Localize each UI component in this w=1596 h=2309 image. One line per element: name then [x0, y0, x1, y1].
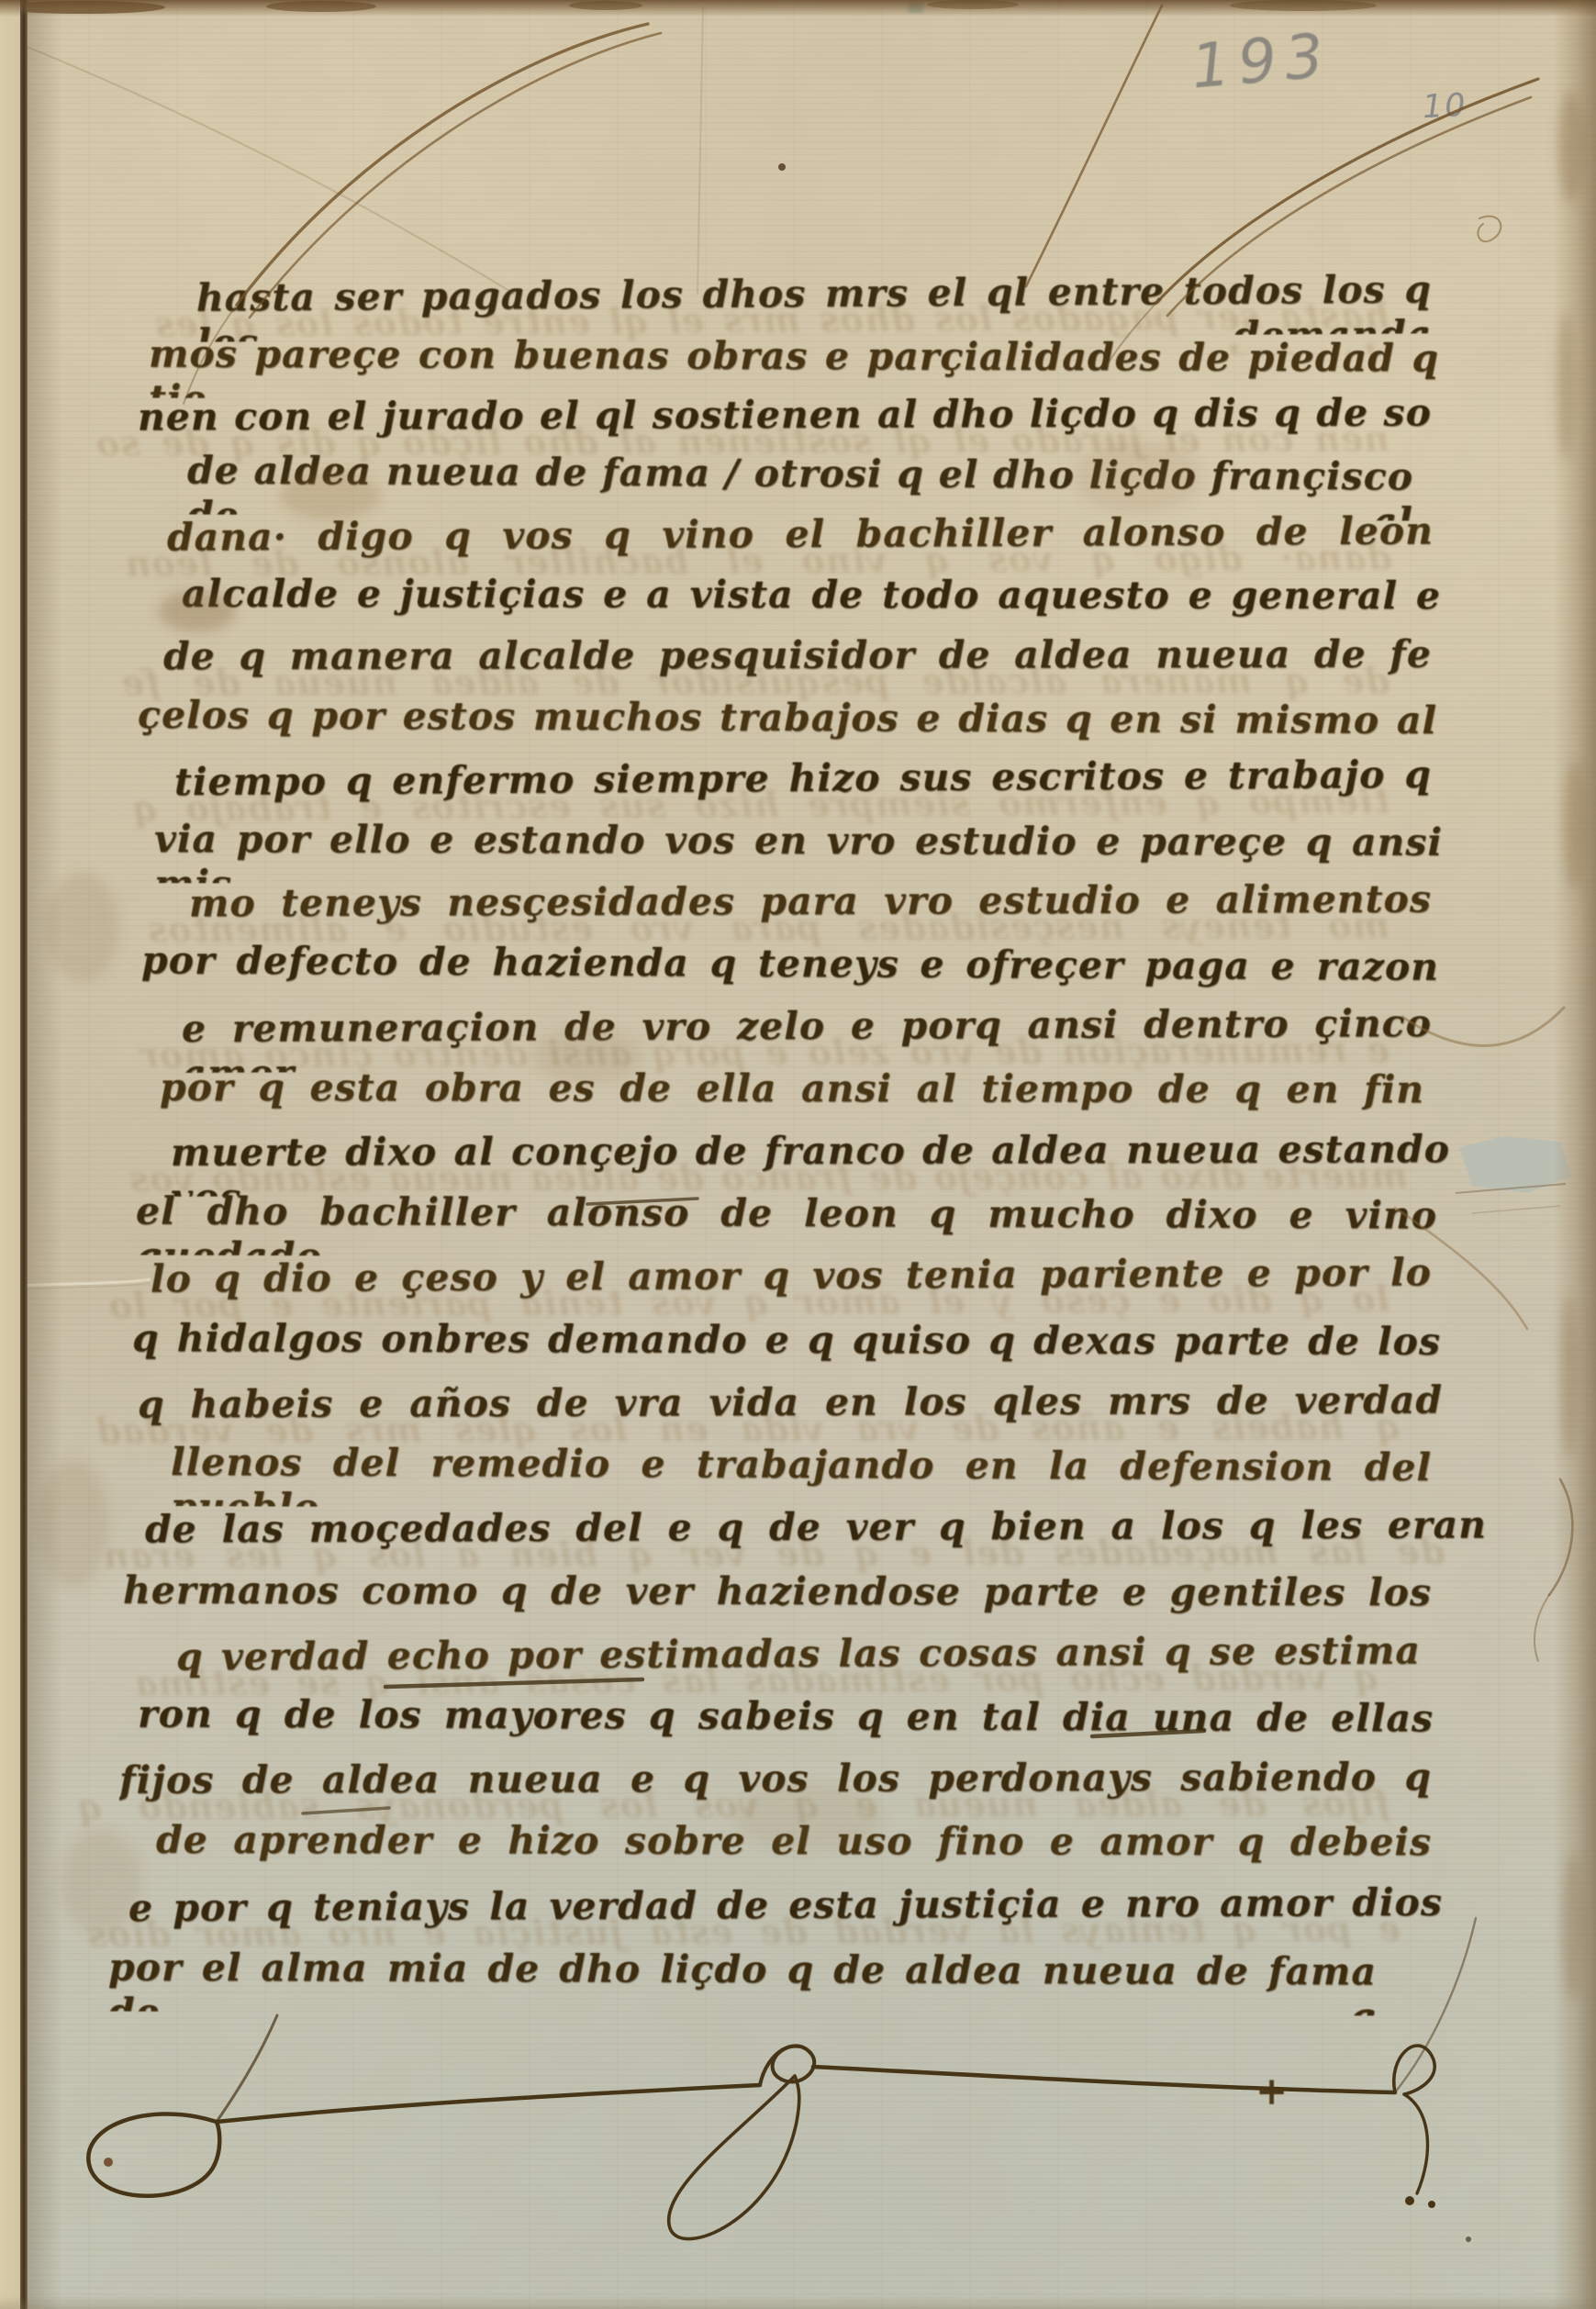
manuscript-line: por el alma mia de dho liçdo q de aldea … — [108, 1946, 1377, 2016]
underleaf-edge — [0, 0, 20, 2309]
manuscript-line: lo q dio e çeso y el amor q vos tenia pa… — [151, 1250, 1432, 1322]
corner-number-pencil: 10 — [1422, 87, 1468, 126]
manuscript-line: fijos de aldea nueua e q vos los perdona… — [119, 1755, 1432, 1824]
manuscript-line: por defecto de hazienda q teneys e ofreç… — [141, 938, 1439, 1010]
manuscript-line: de q manera alcalde pesquisidor de aldea… — [163, 632, 1432, 700]
manuscript-line: llenos del remedio e trabajando en la de… — [171, 1440, 1432, 1511]
manuscript-line: el dho bachiller alonso de leon q mucho … — [136, 1189, 1437, 1260]
manuscript-line: tiempo q enfermo siempre hizo sus escrit… — [174, 753, 1432, 826]
manuscript-line: de aprender e hizo sobre el uso fino e a… — [156, 1818, 1432, 1886]
manuscript-line: q verdad echo por estimadas las cosas an… — [176, 1628, 1421, 1701]
manuscript-line: hasta ser pagados los dhos mrs el ql ent… — [196, 267, 1432, 341]
page-edge-top — [0, 0, 1596, 17]
manuscript-line: q habeis e años de vra vida en los qles … — [138, 1378, 1443, 1449]
binding-shadow — [28, 0, 61, 2309]
manuscript-line: de las moçedades del e q de ver q bien a… — [145, 1502, 1487, 1573]
notary-cross-mark: + — [1256, 2069, 1288, 2114]
manuscript-line: e remuneraçion de vro zelo e porq ansi d… — [182, 1001, 1432, 1073]
manuscript-line: hermanos como q de ver haziendose parte … — [123, 1568, 1432, 1636]
page-edge-right — [1554, 0, 1596, 2309]
manuscript-line: muerte dixo al conçejo de franco de alde… — [171, 1127, 1450, 1197]
manuscript-page: hasta ser pagados los dhos mrs el ql ent… — [0, 0, 1596, 2309]
manuscript-line: q hidalgos onbres demando e q quiso q de… — [132, 1316, 1441, 1386]
manuscript-line: por q esta obra es de ella ansi al tiemp… — [160, 1065, 1424, 1133]
binding-seam — [20, 0, 28, 2309]
page-edge-bottom — [0, 2296, 1596, 2309]
manuscript-line: ron q de los mayores q sabeis q en tal d… — [138, 1692, 1434, 1763]
manuscript-line: e por q teniays la verdad de esta justiç… — [128, 1880, 1443, 1952]
manuscript-line: mo teneys nesçesidades para vro estudio … — [189, 877, 1432, 948]
manuscript-line: dana· digo q vos q vino el bachiller alo… — [167, 508, 1434, 581]
manuscript-line: via por ello e estando vos en vro estudi… — [154, 817, 1443, 887]
manuscript-line: alcalde e justiçias e a vista de todo aq… — [182, 572, 1441, 640]
folio-number-pencil: 193 — [1189, 19, 1334, 102]
